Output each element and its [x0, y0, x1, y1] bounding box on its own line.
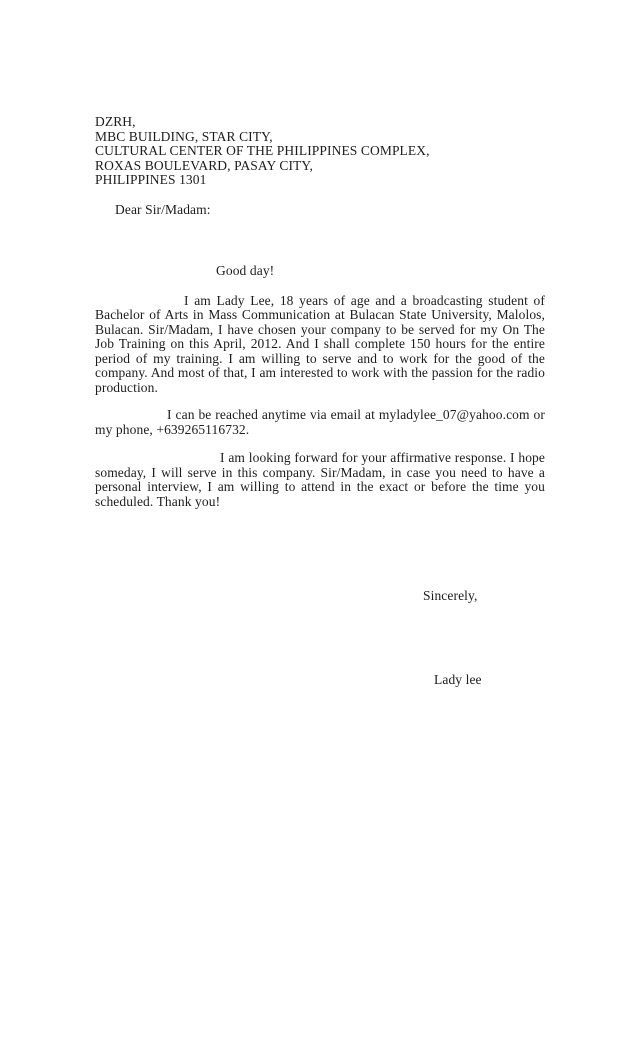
recipient-address-line: MBC BUILDING, STAR CITY, [95, 130, 545, 145]
complimentary-close: Sincerely, [95, 589, 545, 604]
recipient-address-line: PHILIPPINES 1301 [95, 173, 545, 188]
salutation: Dear Sir/Madam: [95, 203, 545, 218]
body-paragraph-contact-info: I can be reached anytime via email at my… [95, 408, 545, 437]
recipient-address-block: DZRH, MBC BUILDING, STAR CITY, CULTURAL … [95, 115, 545, 188]
greeting-line: Good day! [95, 264, 545, 279]
recipient-address-line: CULTURAL CENTER OF THE PHILIPPINES COMPL… [95, 144, 545, 159]
body-paragraph-closing-request: I am looking forward for your affirmativ… [95, 451, 545, 509]
recipient-address-line: ROXAS BOULEVARD, PASAY CITY, [95, 159, 545, 174]
letter-body: DZRH, MBC BUILDING, STAR CITY, CULTURAL … [95, 115, 545, 687]
signature-name: Lady lee [95, 673, 545, 688]
letter-page: DZRH, MBC BUILDING, STAR CITY, CULTURAL … [0, 0, 638, 1051]
body-paragraph-introduction: I am Lady Lee, 18 years of age and a bro… [95, 294, 545, 396]
recipient-address-line: DZRH, [95, 115, 545, 130]
